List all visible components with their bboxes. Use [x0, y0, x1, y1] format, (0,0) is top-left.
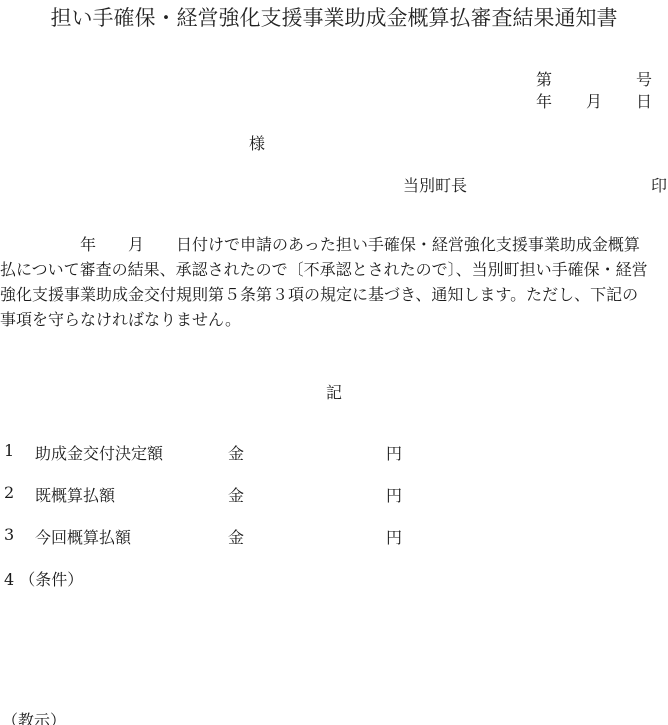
- instruction-label: （教示）: [2, 708, 66, 725]
- body-line: 事項を守らなければなりません。: [0, 307, 668, 332]
- addressee-suffix: 様: [249, 131, 265, 154]
- body-line: 払について審査の結果、承認されたので〔不承認とされたので〕、当別町担い手確保・経…: [0, 257, 668, 282]
- ki-heading: 記: [326, 380, 342, 403]
- item-kin: 金: [228, 441, 244, 464]
- date-day: 日: [636, 89, 652, 112]
- seal-mark: 印: [651, 173, 667, 196]
- item-label: 今回概算払額: [35, 525, 131, 548]
- item-label: 既概算払額: [35, 483, 115, 506]
- item-row: 3 今回概算払額 金 円: [0, 525, 668, 549]
- body-paragraph: 年 月 日付けで申請のあった担い手確保・経営強化支援事業助成金概算 払について審…: [0, 232, 668, 332]
- date-month: 月: [586, 89, 602, 112]
- number-prefix: 第: [536, 67, 552, 90]
- item-number: 2: [4, 483, 14, 502]
- item-row: 2 既概算払額 金 円: [0, 483, 668, 507]
- conditions-label: 4 （条件）: [4, 567, 83, 590]
- item-label: 助成金交付決定額: [35, 441, 163, 464]
- item-kin: 金: [228, 483, 244, 506]
- item-number: 1: [4, 441, 14, 460]
- number-suffix: 号: [636, 67, 652, 90]
- body-line: 強化支援事業助成金交付規則第５条第３項の規定に基づき、通知します。ただし、下記の: [0, 282, 668, 307]
- issuer-name: 当別町長: [403, 173, 467, 196]
- item-kin: 金: [228, 525, 244, 548]
- item-yen: 円: [386, 441, 402, 464]
- item-row: 1 助成金交付決定額 金 円: [0, 441, 668, 465]
- item-number: 3: [4, 525, 14, 544]
- document-title: 担い手確保・経営強化支援事業助成金概算払審査結果通知書: [0, 2, 668, 32]
- body-line: 年 月 日付けで申請のあった担い手確保・経営強化支援事業助成金概算: [0, 232, 668, 257]
- item-yen: 円: [386, 483, 402, 506]
- item-yen: 円: [386, 525, 402, 548]
- date-year: 年: [536, 89, 552, 112]
